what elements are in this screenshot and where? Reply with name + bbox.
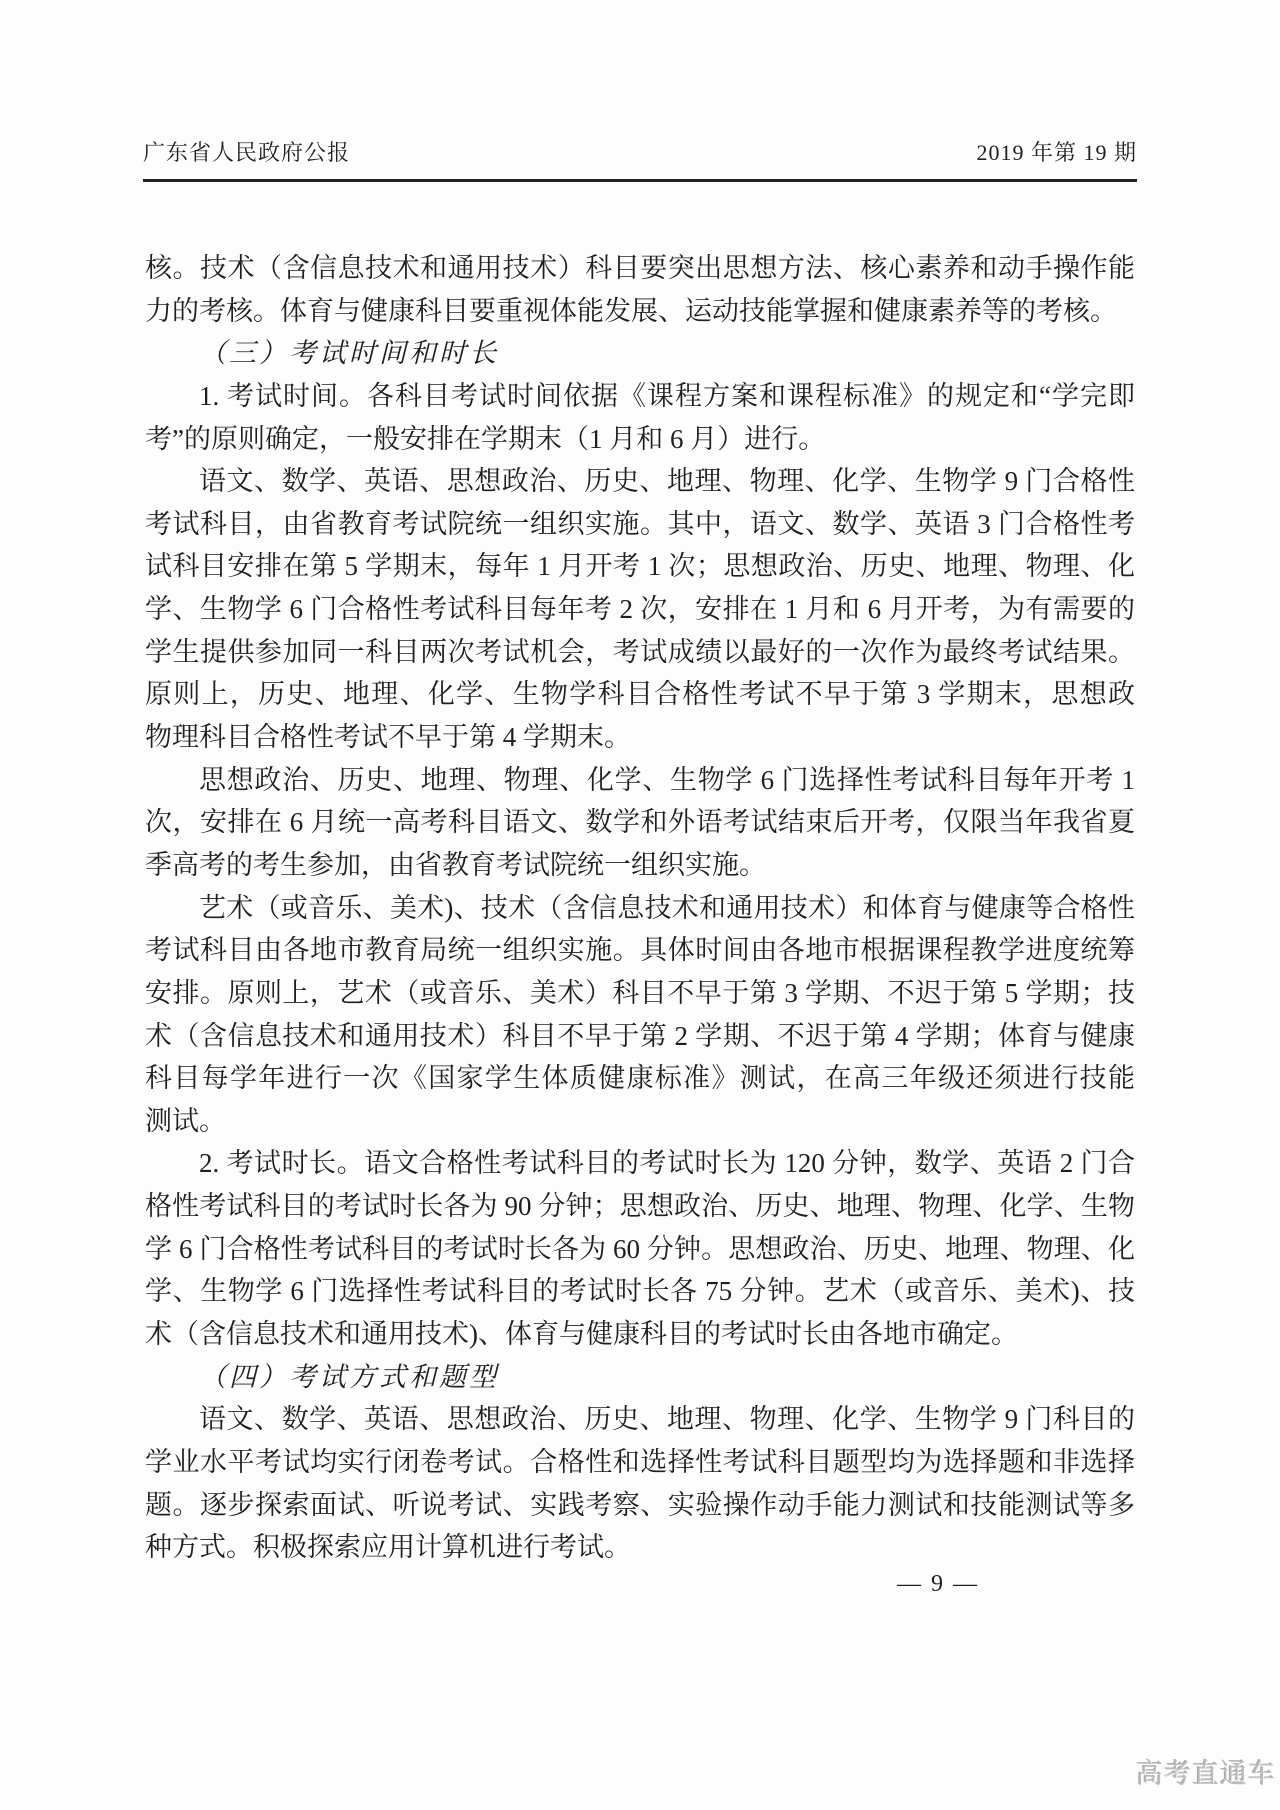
text-line: 学业水平考试均实行闭卷考试。合格性和选择性考试科目题型均为选择题和非选择 xyxy=(145,1441,1135,1484)
text-line: 语文、数学、英语、思想政治、历史、地理、物理、化学、生物学 9 门科目的 xyxy=(145,1398,1135,1441)
text-line: 格性考试科目的考试时长各为 90 分钟；思想政治、历史、地理、物理、化学、生物 xyxy=(145,1185,1135,1228)
text-line: 思想政治、历史、地理、物理、化学、生物学 6 门选择性考试科目每年开考 1 xyxy=(145,759,1135,802)
text-line: 2. 考试时长。语文合格性考试科目的考试时长为 120 分钟，数学、英语 2 门… xyxy=(145,1142,1135,1185)
text-line: 科目每学年进行一次《国家学生体质健康标准》测试，在高三年级还须进行技能 xyxy=(145,1057,1135,1100)
text-line: 安排。原则上，艺术（或音乐、美术）科目不早于第 3 学期、不迟于第 5 学期；技 xyxy=(145,972,1135,1015)
document-body: 核。技术（含信息技术和通用技术）科目要突出思想方法、核心素养和动手操作能力的考核… xyxy=(145,247,1135,1569)
text-line: 艺术（或音乐、美术)、技术（含信息技术和通用技术）和体育与健康等合格性 xyxy=(145,887,1135,930)
header-issue-number: 2019 年第 19 期 xyxy=(976,136,1137,167)
text-line: 学 6 门合格性考试科目的考试时长各为 60 分钟。思想政治、历史、地理、物理、… xyxy=(145,1228,1135,1271)
text-line: 考”的原则确定，一般安排在学期末（1 月和 6 月）进行。 xyxy=(145,418,1135,461)
text-line: 力的考核。体育与健康科目要重视体能发展、运动技能掌握和健康素养等的考核。 xyxy=(145,290,1135,333)
text-line: 术（含信息技术和通用技术)、体育与健康科目的考试时长由各地市确定。 xyxy=(145,1313,1135,1356)
text-line: 物理科目合格性考试不早于第 4 学期末。 xyxy=(145,716,1135,759)
text-line: 学、生物学 6 门选择性考试科目的考试时长各 75 分钟。艺术（或音乐、美术)、… xyxy=(145,1270,1135,1313)
section-heading: （四）考试方式和题型 xyxy=(145,1356,1135,1399)
text-line: 试科目安排在第 5 学期末，每年 1 月开考 1 次；思想政治、历史、地理、物理… xyxy=(145,545,1135,588)
text-line: 次，安排在 6 月统一高考科目语文、数学和外语考试结束后开考，仅限当年我省夏 xyxy=(145,801,1135,844)
watermark: 高考直通车 xyxy=(1136,1752,1276,1791)
text-line: 学生提供参加同一科目两次考试机会，考试成绩以最好的一次作为最终考试结果。 xyxy=(145,631,1135,674)
text-line: 季高考的考生参加，由省教育考试院统一组织实施。 xyxy=(145,844,1135,887)
text-line: 学、生物学 6 门合格性考试科目每年考 2 次，安排在 1 月和 6 月开考，为… xyxy=(145,588,1135,631)
text-line: 语文、数学、英语、思想政治、历史、地理、物理、化学、生物学 9 门合格性 xyxy=(145,460,1135,503)
text-line: 原则上，历史、地理、化学、生物学科目合格性考试不早于第 3 学期末，思想政治、 xyxy=(145,673,1135,716)
text-line: 考试科目由各地市教育局统一组织实施。具体时间由各地市根据课程教学进度统筹 xyxy=(145,929,1135,972)
header-publication-title: 广东省人民政府公报 xyxy=(143,136,350,167)
page-header: 广东省人民政府公报 2019 年第 19 期 xyxy=(143,128,1137,182)
gazette-page: 广东省人民政府公报 2019 年第 19 期 核。技术（含信息技术和通用技术）科… xyxy=(0,0,1280,1810)
page-number: — 9 — xyxy=(145,1571,1135,1598)
text-line: 1. 考试时间。各科目考试时间依据《课程方案和课程标准》的规定和“学完即 xyxy=(145,375,1135,418)
text-line: 题。逐步探索面试、听说考试、实践考察、实验操作动手能力测试和技能测试等多 xyxy=(145,1484,1135,1527)
text-line: 测试。 xyxy=(145,1100,1135,1143)
text-line: 考试科目，由省教育考试院统一组织实施。其中，语文、数学、英语 3 门合格性考 xyxy=(145,503,1135,546)
text-line: 核。技术（含信息技术和通用技术）科目要突出思想方法、核心素养和动手操作能 xyxy=(145,247,1135,290)
section-heading: （三）考试时间和时长 xyxy=(145,332,1135,375)
text-line: 术（含信息技术和通用技术）科目不早于第 2 学期、不迟于第 4 学期；体育与健康 xyxy=(145,1015,1135,1058)
text-line: 种方式。积极探索应用计算机进行考试。 xyxy=(145,1526,1135,1569)
